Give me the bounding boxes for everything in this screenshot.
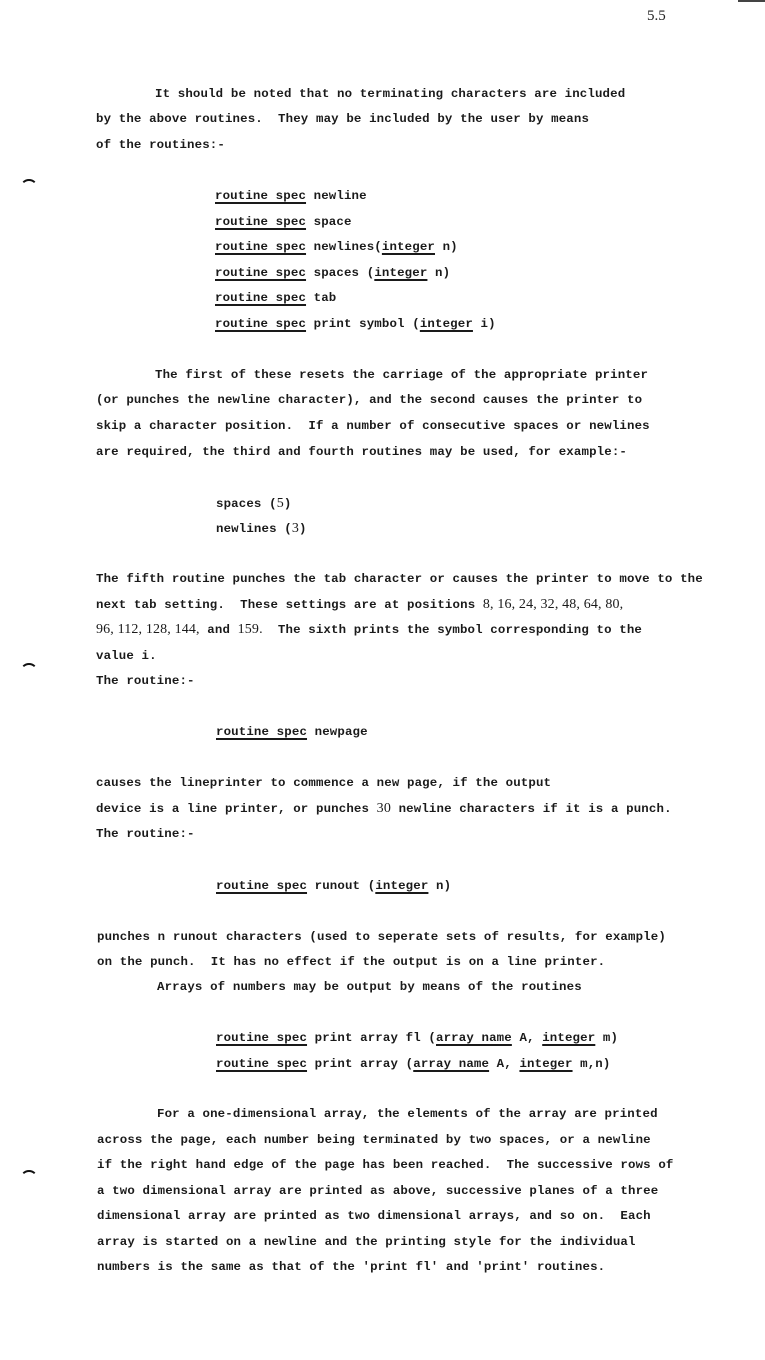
page-number: 5.5 bbox=[647, 8, 666, 25]
routine-spec-runout: routine spec runout (integer n) bbox=[216, 878, 451, 894]
paragraph-line: (or punches the newline character), and … bbox=[96, 392, 642, 408]
routine-spec-space: routine spec space bbox=[215, 214, 352, 230]
paragraph-line: dimensional array are printed as two dim… bbox=[97, 1208, 651, 1224]
routine-spec-newlines: routine spec newlines(integer n) bbox=[215, 239, 458, 255]
routine-spec-tab: routine spec tab bbox=[215, 290, 336, 306]
paragraph-line: a two dimensional array are printed as a… bbox=[97, 1183, 658, 1199]
routine-spec-print-array-fl: routine spec print array fl (array name … bbox=[216, 1030, 618, 1046]
paragraph-line: on the punch. It has no effect if the ou… bbox=[97, 954, 605, 970]
paragraph-line: across the page, each number being termi… bbox=[97, 1132, 651, 1148]
paragraph-line: by the above routines. They may be inclu… bbox=[96, 111, 589, 127]
routine-spec-print-array: routine spec print array (array name A, … bbox=[216, 1056, 610, 1072]
paragraph-line: Arrays of numbers may be output by means… bbox=[157, 979, 582, 995]
routine-spec-newline: routine spec newline bbox=[215, 188, 367, 204]
punch-hole-mark bbox=[20, 179, 38, 197]
paragraph-line: It should be noted that no terminating c… bbox=[155, 86, 625, 102]
routine-spec-newpage: routine spec newpage bbox=[216, 724, 368, 740]
paragraph-line: The routine:- bbox=[96, 673, 195, 689]
routine-spec-print-symbol: routine spec print symbol (integer i) bbox=[215, 316, 496, 332]
punch-hole-mark bbox=[20, 1170, 38, 1188]
paragraph-line: 96, 112, 128, 144, and 159. The sixth pr… bbox=[96, 622, 642, 638]
paragraph-line: array is started on a newline and the pr… bbox=[97, 1234, 636, 1250]
paragraph-line: The first of these resets the carriage o… bbox=[155, 367, 648, 383]
paragraph-line: The routine:- bbox=[96, 826, 195, 842]
punch-hole-mark bbox=[20, 663, 38, 681]
paragraph-line: skip a character position. If a number o… bbox=[96, 418, 650, 434]
paragraph-line: if the right hand edge of the page has b… bbox=[97, 1157, 674, 1173]
paragraph-line: causes the lineprinter to commence a new… bbox=[96, 775, 551, 791]
paragraph-line: numbers is the same as that of the 'prin… bbox=[97, 1259, 605, 1275]
paragraph-line: value i. bbox=[96, 648, 157, 664]
example-newlines: newlines (3) bbox=[216, 521, 307, 537]
paragraph-line: next tab setting. These settings are at … bbox=[96, 597, 623, 613]
paragraph-line: For a one-dimensional array, the element… bbox=[157, 1106, 658, 1122]
paragraph-line: of the routines:- bbox=[96, 137, 225, 153]
example-spaces: spaces (5) bbox=[216, 496, 291, 512]
routine-spec-spaces: routine spec spaces (integer n) bbox=[215, 265, 450, 281]
paragraph-line: are required, the third and fourth routi… bbox=[96, 444, 627, 460]
paragraph-line: The fifth routine punches the tab charac… bbox=[96, 571, 703, 587]
paragraph-line: device is a line printer, or punches 30 … bbox=[96, 801, 672, 817]
scan-edge-mark bbox=[738, 0, 765, 2]
document-page: 5.5 It should be noted that no terminati… bbox=[0, 0, 765, 1360]
paragraph-line: punches n runout characters (used to sep… bbox=[97, 929, 666, 945]
